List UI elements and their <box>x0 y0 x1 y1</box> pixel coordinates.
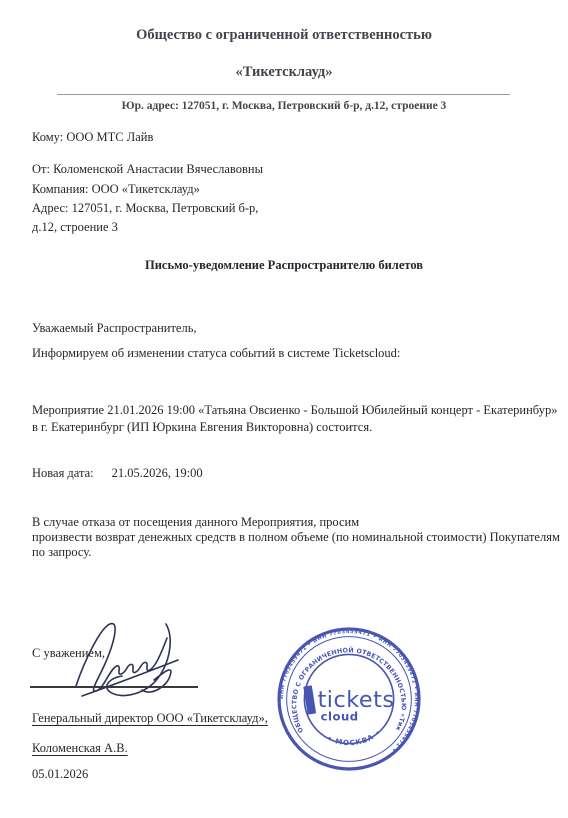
handwritten-signature <box>70 616 190 710</box>
header-divider <box>57 94 510 95</box>
letter-subject: Письмо-уведомление Распространителю биле… <box>0 258 568 273</box>
logo-text-cloud: cloud <box>321 709 359 723</box>
signer-name-line: Коломенская А.В. <box>32 741 128 756</box>
sender-from-line: От: Коломенской Анастасии Вячеславовны <box>32 162 263 177</box>
refund-line1: В случае отказа от посещения данного Мер… <box>32 515 359 530</box>
sender-company-line: Компания: ООО «Тикетсклауд» <box>32 182 200 197</box>
sender-address-line1: Адрес: 127051, г. Москва, Петровский б-р… <box>32 201 258 216</box>
new-date-label: Новая дата: <box>32 466 94 480</box>
new-date-value: 21.05.2026, 19:00 <box>112 466 203 480</box>
org-type-heading: Общество с ограниченной ответственностью <box>0 27 568 44</box>
company-stamp: ИНН 7703459471 • ИНН 7703459471 • ИНН 77… <box>276 626 422 772</box>
legal-address-line: Юр. адрес: 127051, г. Москва, Петровский… <box>0 100 568 112</box>
signature-underline <box>30 686 198 688</box>
refund-line2: произвести возврат денежных средств в по… <box>32 530 560 545</box>
event-info-line1: Мероприятие 21.01.2026 19:00 «Татьяна Ов… <box>32 403 557 418</box>
greeting-line: Уважаемый Распространитель, <box>32 321 197 336</box>
intro-line: Информируем об изменении статуса событий… <box>32 346 400 361</box>
stamp-ring-bottom-caption: • МОСКВА • <box>326 727 383 747</box>
new-date-line: Новая дата:21.05.2026, 19:00 <box>32 466 203 481</box>
refund-line3: по запросу. <box>32 545 91 560</box>
org-name-heading: «Тикетсклауд» <box>0 64 568 81</box>
event-info-line2: в г. Екатеринбург (ИП Юркина Евгения Вик… <box>32 420 372 435</box>
sender-address-line2: д.12, строение 3 <box>32 220 118 235</box>
ticketscloud-logo: tickets cloud <box>303 685 394 723</box>
letter-page: Общество с ограниченной ответственностью… <box>0 0 568 818</box>
signer-title-line: Генеральный директор ООО «Тикетсклауд», <box>32 711 268 726</box>
signature-date-line: 05.01.2026 <box>32 767 88 782</box>
recipient-line: Кому: ООО МТС Лайв <box>32 130 153 145</box>
